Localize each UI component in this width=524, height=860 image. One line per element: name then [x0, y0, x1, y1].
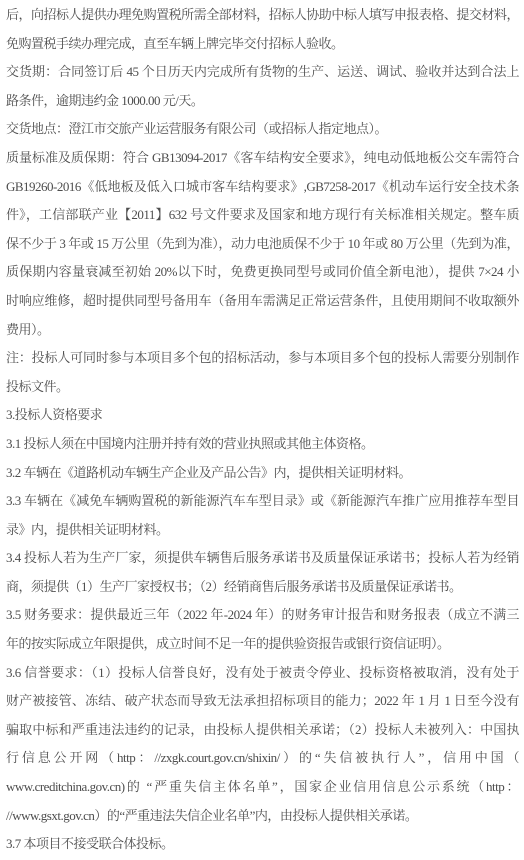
text-line: 财产被接管、冻结、破产状态而导致无法承担招标项目的能力；2022 年 1 月 1… — [6, 687, 519, 716]
text-line: GB19260-2016《低地板及低入口城市客车结构要求》,GB7258-201… — [6, 173, 519, 202]
text-line: 年的按实际成立年限提供，成立时间不足一年的提供验资报告或银行资信证明）。 — [6, 630, 519, 659]
text-line: 免购置税手续办理完成，直至车辆上牌完毕交付招标人验收。 — [6, 30, 519, 59]
text-line: 录》内，提供相关证明材料。 — [6, 516, 519, 545]
para-3-1: 3.1 投标人须在中国境内注册并持有效的营业执照或其他主体资格。 — [6, 430, 519, 459]
text-line: 交货地点：澄江市交旅产业运营服务有限公司（或招标人指定地点）。 — [6, 115, 519, 144]
text-line: 后，向招标人提供办理免购置税所需全部材料，招标人协助中标人填写申报表格、提交材料… — [6, 1, 519, 30]
text-line: 注：投标人可同时参与本项目多个包的招标活动，参与本项目多个包的投标人需要分别制作 — [6, 344, 519, 373]
para-3-5: 3.5 财务要求：提供最近三年（2022 年-2024 年）的财务审计报告和财务… — [6, 601, 519, 658]
text-line: 路条件，逾期违约金 1000.00 元/天。 — [6, 87, 519, 116]
text-line: 件》，工信部联产业【2011】632 号文件要求及国家和地方现行有关标准相关规定… — [6, 201, 519, 230]
text-line: 费用）。 — [6, 316, 519, 345]
text-line: 3.6 信誉要求：（1）投标人信誉良好，没有处于被责令停业、投标资格被取消，没有… — [6, 659, 519, 688]
text-line: //www.gsxt.gov.cn）的“严重违法失信企业名单”内，由投标人提供相… — [6, 802, 519, 831]
text-line: 商，须提供（1）生产厂家授权书；（2）经销商售后服务承诺书及质量保证承诺书。 — [6, 573, 519, 602]
text-line: 3.1 投标人须在中国境内注册并持有效的营业执照或其他主体资格。 — [6, 430, 519, 459]
text-line: 3.2 车辆在《道路机动车辆生产企业及产品公告》内，提供相关证明材料。 — [6, 459, 519, 488]
para-delivery-period: 交货期：合同签订后 45 个日历天内完成所有货物的生产、运送、调试、验收并达到合… — [6, 58, 519, 115]
text-line: 时响应维修，超时提供同型号备用车（备用车需满足正常运营条件，且使用期间不收取额外 — [6, 287, 519, 316]
text-line: 质保期内容量衰减至初始 20%以下时，免费更换同型号或同价值全新电池），提供 7… — [6, 258, 519, 287]
text-line: 交货期：合同签订后 45 个日历天内完成所有货物的生产、运送、调试、验收并达到合… — [6, 58, 519, 87]
para-3-2: 3.2 车辆在《道路机动车辆生产企业及产品公告》内，提供相关证明材料。 — [6, 459, 519, 488]
para-3-6: 3.6 信誉要求：（1）投标人信誉良好，没有处于被责令停业、投标资格被取消，没有… — [6, 659, 519, 831]
text-line: 3.5 财务要求：提供最近三年（2022 年-2024 年）的财务审计报告和财务… — [6, 601, 519, 630]
para-note: 注：投标人可同时参与本项目多个包的招标活动，参与本项目多个包的投标人需要分别制作… — [6, 344, 519, 401]
text-line: 3.7 本项目不接受联合体投标。 — [6, 830, 519, 859]
bid-document-page: 后，向招标人提供办理免购置税所需全部材料，招标人协助中标人填写申报表格、提交材料… — [0, 0, 524, 860]
para-3-7: 3.7 本项目不接受联合体投标。 — [6, 830, 519, 859]
text-line: 3.3 车辆在《减免车辆购置税的新能源汽车车型目录》或《新能源汽车推广应用推荐车… — [6, 487, 519, 516]
text-line: 骗取中标和严重违法违约的记录，由投标人提供相关承诺；（2）投标人未被列入：中国执 — [6, 716, 519, 745]
text-line: 投标文件。 — [6, 373, 519, 402]
text-line: 3.4 投标人若为生产厂家，须提供车辆售后服务承诺书及质量保证承诺书；投标人若为… — [6, 544, 519, 573]
text-line: 质量标准及质保期：符合 GB13094-2017《客车结构安全要求》，纯电动低地… — [6, 144, 519, 173]
text-line: 3.投标人资格要求 — [6, 401, 519, 430]
para-tax-exemption-continuation: 后，向招标人提供办理免购置税所需全部材料，招标人协助中标人填写申报表格、提交材料… — [6, 1, 519, 58]
para-3-3: 3.3 车辆在《减免车辆购置税的新能源汽车车型目录》或《新能源汽车推广应用推荐车… — [6, 487, 519, 544]
text-line: 行信息公开网（http：//zxgk.court.gov.cn/shixin/）… — [6, 744, 519, 773]
para-quality-warranty: 质量标准及质保期：符合 GB13094-2017《客车结构安全要求》，纯电动低地… — [6, 144, 519, 344]
heading-section-3: 3.投标人资格要求 — [6, 401, 519, 430]
para-3-4: 3.4 投标人若为生产厂家，须提供车辆售后服务承诺书及质量保证承诺书；投标人若为… — [6, 544, 519, 601]
text-line: www.creditchina.gov.cn)的 “严重失信主体名单”，国家企业… — [6, 773, 519, 802]
text-line: 保不少于 3 年或 15 万公里（先到为准），动力电池质保不少于 10 年或 8… — [6, 230, 519, 259]
para-delivery-place: 交货地点：澄江市交旅产业运营服务有限公司（或招标人指定地点）。 — [6, 115, 519, 144]
